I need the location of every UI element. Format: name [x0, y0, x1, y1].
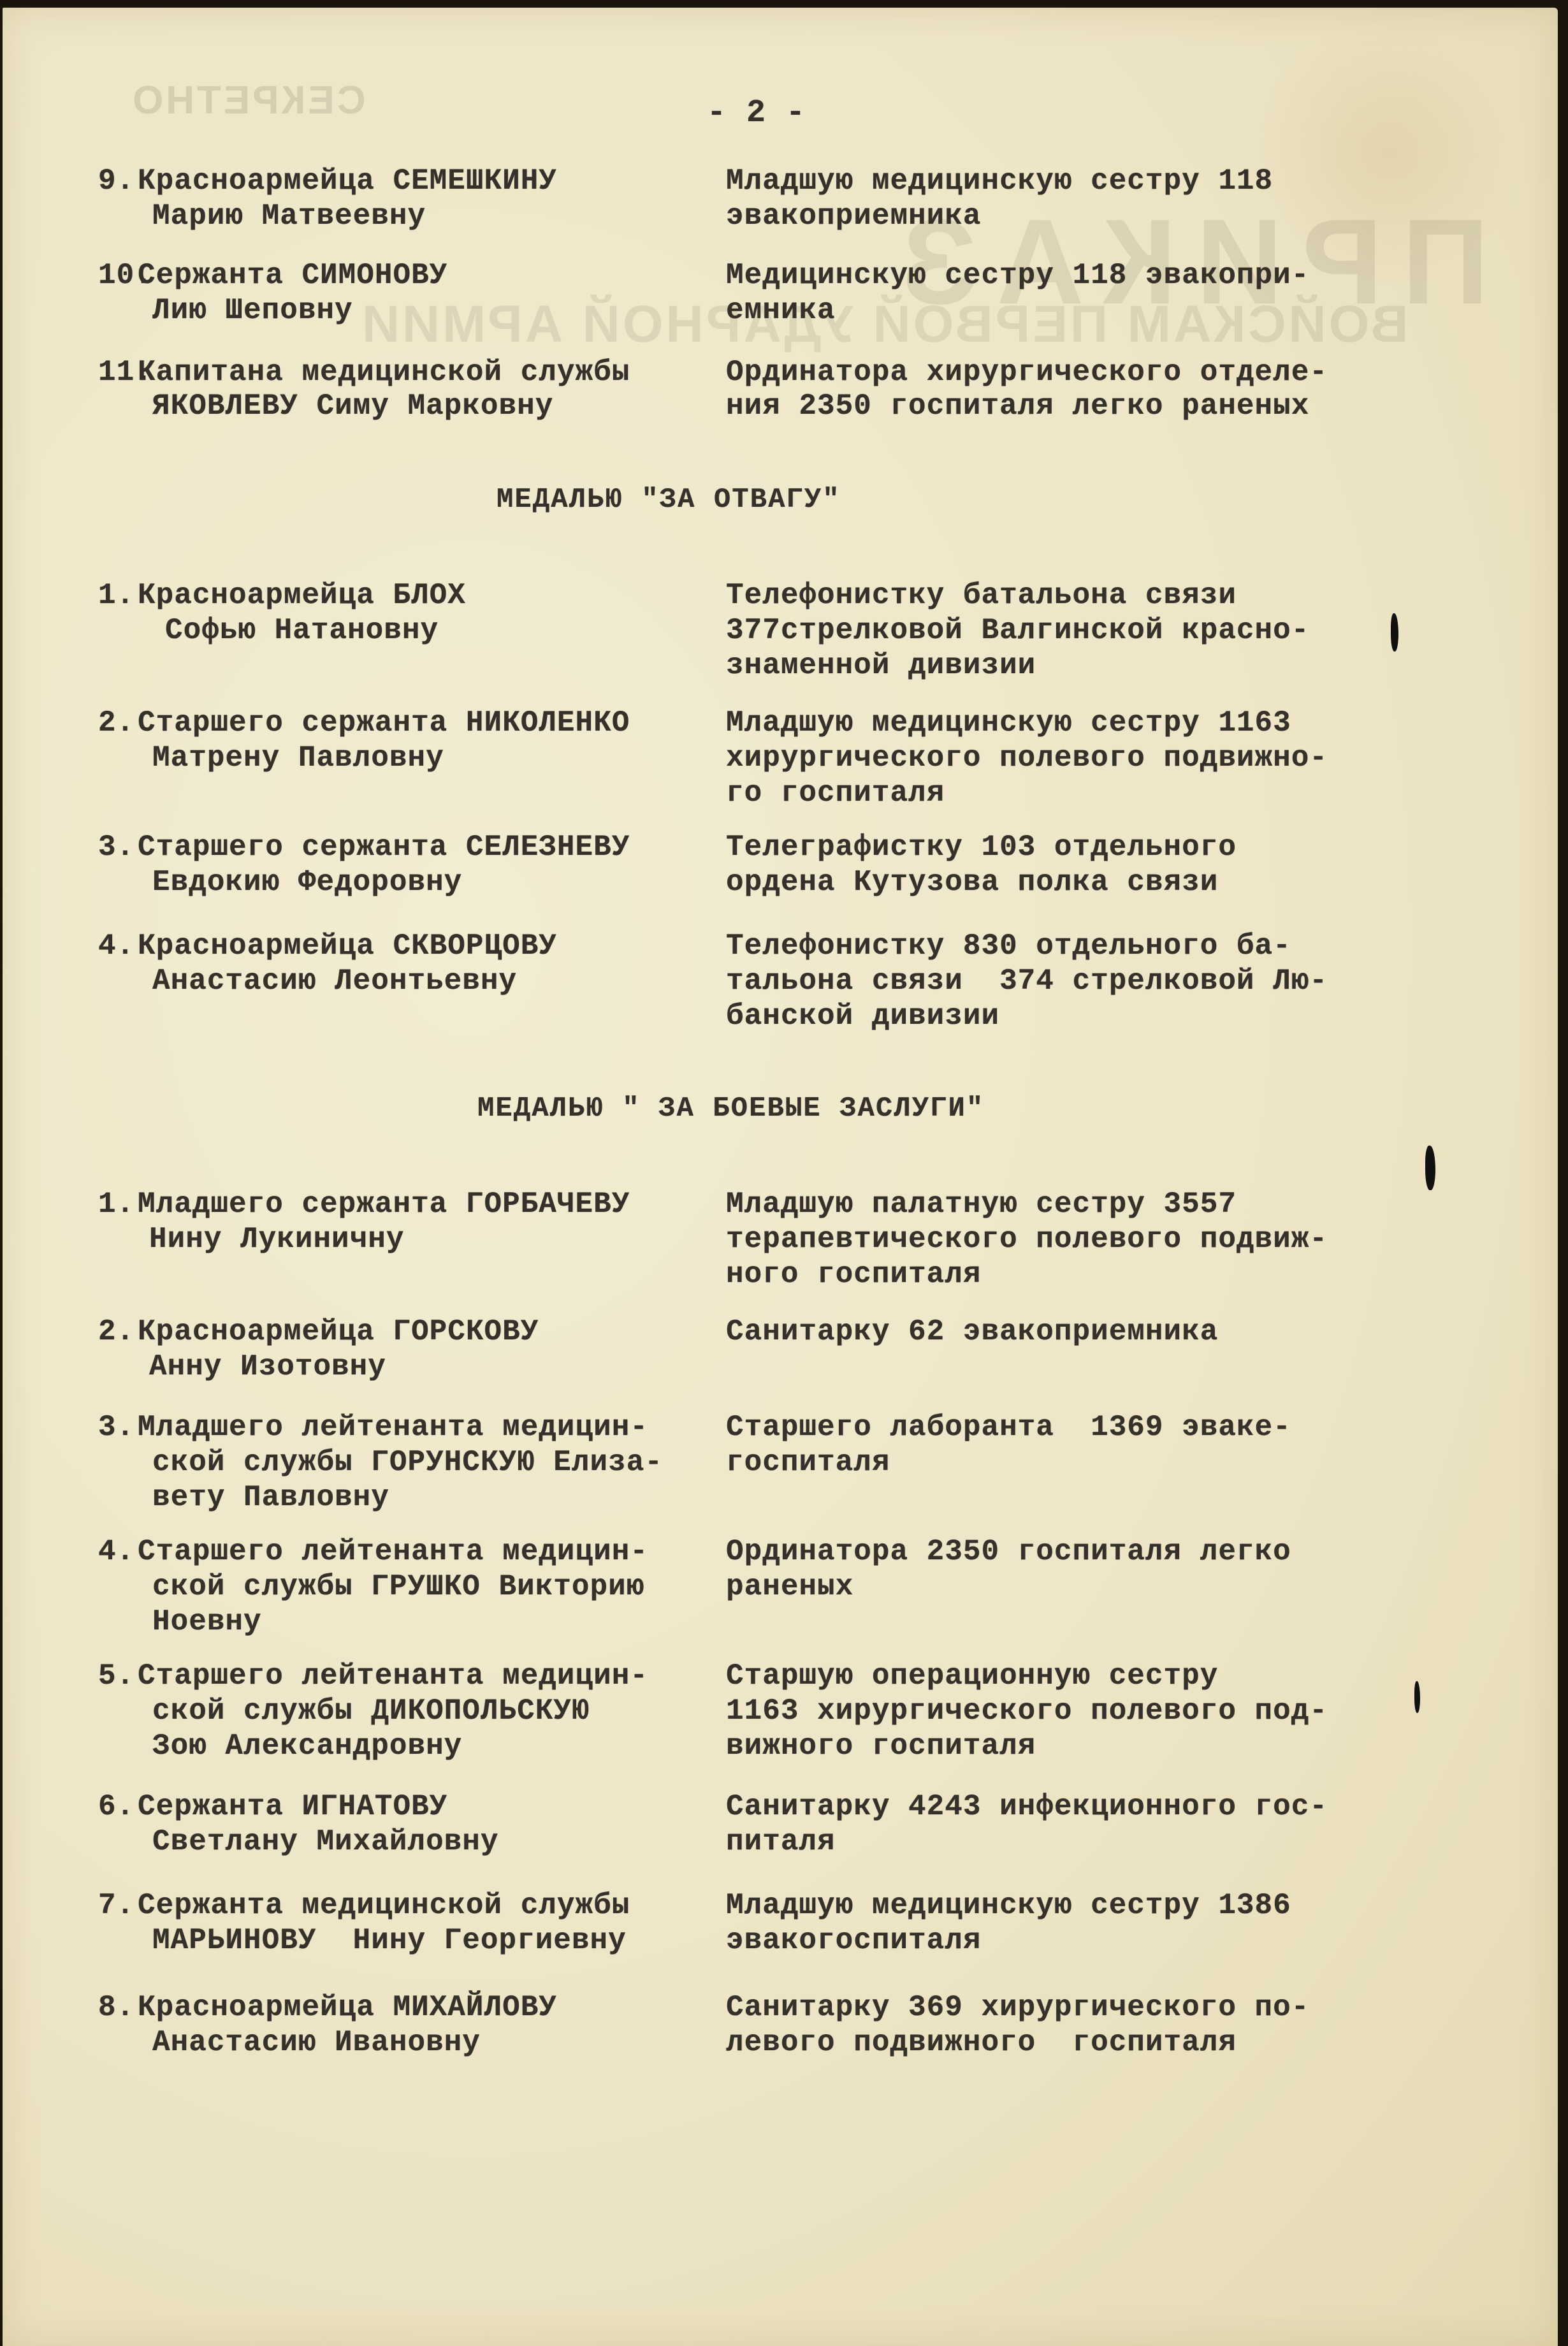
entry-name-line: Красноармейца СКВОРЦОВУ	[138, 929, 557, 964]
entry-name-line: МАРЬИНОВУ Нину Георгиевну	[152, 1923, 627, 1958]
entry-number: 4.	[98, 1534, 133, 1570]
entry-name-line: Старшего сержанта СЕЛЕЗНЕВУ	[138, 830, 630, 865]
entry-position-line: питаля	[726, 1825, 836, 1860]
entry-number: 10.	[98, 258, 138, 293]
entry-position-line: Старшую операционную сестру	[726, 1659, 1218, 1694]
entry-position-line: Телефонистку 830 отдельного ба-	[726, 929, 1291, 964]
entry-position-line: эвакогоспиталя	[726, 1923, 981, 1958]
entry-position-line: 1163 хирургического полевого под-	[726, 1694, 1328, 1729]
show-through-subtitle: ВОЙСКАМ ПЕРВОЙ УДАРНОЙ АРМИИ	[359, 295, 1408, 354]
entry-position-line: Младшую палатную сестру 3557	[726, 1187, 1237, 1222]
entry-name-line: Ноевну	[152, 1605, 262, 1640]
entry-name-line: Марию Матвеевну	[152, 199, 426, 234]
entry-name-line: Софью Натановну	[165, 613, 439, 648]
entry-position-line: тальона связи 374 стрелковой Лю-	[726, 964, 1328, 999]
entry-position-line: хирургического полевого подвижно-	[726, 741, 1328, 776]
entry-name-line: Нину Лукиничну	[149, 1222, 404, 1257]
entry-position-line: Ординатора 2350 госпиталя легко	[726, 1534, 1291, 1570]
entry-name-line: ской службы ГОРУНСКУЮ Елиза-	[152, 1445, 663, 1480]
entry-name-line: Старшего лейтенанта медицин-	[138, 1534, 648, 1570]
entry-number: 3.	[98, 830, 133, 865]
ink-blot	[1425, 1146, 1435, 1190]
entry-name-line: Младшего сержанта ГОРБАЧЕВУ	[138, 1187, 630, 1222]
ink-blot	[1414, 1681, 1420, 1713]
entry-position-line: эвакоприемника	[726, 199, 981, 234]
entry-number: 5.	[98, 1659, 133, 1694]
entry-name-line: Красноармейца ГОРСКОВУ	[138, 1315, 539, 1350]
entry-position-line: го госпиталя	[726, 776, 945, 811]
entry-number: 2.	[98, 1315, 133, 1350]
entry-name-line: Зою Александровну	[152, 1729, 462, 1764]
entry-name-line: Евдокию Федоровну	[152, 865, 462, 900]
entry-position-line: Младшую медицинскую сестру 118	[726, 164, 1273, 199]
entry-name-line: ской службы ГРУШКО Викторию	[152, 1570, 644, 1605]
entry-number: 9.	[98, 164, 133, 199]
entry-position-line: Санитарку 4243 инфекционного гос-	[726, 1789, 1328, 1825]
entry-position-line: емника	[726, 293, 836, 328]
show-through-stamp: СЕКРЕТНО	[130, 78, 366, 123]
entry-name-line: Старшего лейтенанта медицин-	[138, 1659, 648, 1694]
entry-name-line: Анастасию Леонтьевну	[152, 964, 517, 999]
entry-name-line: Красноармейца СЕМЕШКИНУ	[138, 164, 557, 199]
entry-number: 1.	[98, 1187, 133, 1222]
entry-number: 1.	[98, 578, 133, 613]
entry-number: 6.	[98, 1789, 133, 1825]
entry-name-line: Старшего сержанта НИКОЛЕНКО	[138, 706, 630, 741]
entry-position-line: ния 2350 госпиталя легко раненых	[726, 389, 1309, 424]
entry-number: 8.	[98, 1990, 133, 2025]
entry-number: 2.	[98, 706, 133, 741]
entry-name-line: Анастасию Ивановну	[152, 2025, 481, 2060]
entry-position-line: Санитарку 369 хирургического по-	[726, 1990, 1309, 2025]
entry-number: 3.	[98, 1410, 133, 1445]
entry-position-line: 377стрелковой Валгинской красно-	[726, 613, 1309, 648]
entry-position-line: знаменной дивизии	[726, 648, 1036, 683]
entry-name-line: вету Павловну	[152, 1480, 389, 1515]
entry-position-line: раненых	[726, 1570, 853, 1605]
page-number: - 2 -	[707, 96, 806, 131]
document-page: СЕКРЕТНО ПРИКАЗ ВОЙСКАМ ПЕРВОЙ УДАРНОЙ А…	[3, 8, 1558, 2346]
entry-name-line: Капитана медицинской службы	[138, 355, 630, 390]
entry-position-line: вижного госпиталя	[726, 1729, 1036, 1764]
entry-position-line: терапевтического полевого подвиж-	[726, 1222, 1328, 1257]
entry-position-line: Медицинскую сестру 118 эвакопри-	[726, 258, 1309, 293]
entry-number: 4.	[98, 929, 133, 964]
entry-position-line: банской дивизии	[726, 999, 999, 1034]
entry-name-line: ской службы ДИКОПОЛЬСКУЮ	[152, 1694, 590, 1729]
entry-name-line: Анну Изотовну	[149, 1350, 386, 1385]
section-heading-za-otvagu: МЕДАЛЬЮ "ЗА ОТВАГУ"	[497, 483, 841, 518]
entry-position-line: Старшего лаборанта 1369 эваке-	[726, 1410, 1291, 1445]
entry-position-line: Младшую медицинскую сестру 1386	[726, 1888, 1291, 1923]
entry-name-line: Светлану Михайловну	[152, 1825, 499, 1860]
entry-position-line: госпиталя	[726, 1445, 890, 1480]
entry-position-line: Ординатора хирургического отделе-	[726, 355, 1328, 390]
entry-name-line: Младшего лейтенанта медицин-	[138, 1410, 648, 1445]
entry-number: 11.	[98, 355, 138, 390]
entry-name-line: Сержанта медицинской службы	[138, 1888, 630, 1923]
entry-position-line: Телефонистку батальона связи	[726, 578, 1237, 613]
ink-blot	[1391, 613, 1398, 652]
entry-name-line: Сержанта ИГНАТОВУ	[138, 1789, 447, 1825]
entry-name-line: Лию Шеповну	[152, 293, 353, 328]
section-heading-za-boevye-zaslugi: МЕДАЛЬЮ " ЗА БОЕВЫЕ ЗАСЛУГИ"	[477, 1091, 984, 1126]
entry-name-line: Красноармейца МИХАЙЛОВУ	[138, 1990, 557, 2025]
paper-stain	[1252, 20, 1520, 288]
entry-name-line: ЯКОВЛЕВУ Симу Марковну	[152, 389, 553, 424]
entry-position-line: Телеграфистку 103 отдельного	[726, 830, 1237, 865]
entry-name-line: Красноармейца БЛОХ	[138, 578, 466, 613]
entry-position-line: Младшую медицинскую сестру 1163	[726, 706, 1291, 741]
entry-position-line: левого подвижного госпиталя	[726, 2025, 1237, 2060]
entry-name-line: Матрену Павловну	[152, 741, 444, 776]
entry-name-line: Сержанта СИМОНОВУ	[138, 258, 447, 293]
entry-position-line: Санитарку 62 эвакоприемника	[726, 1315, 1218, 1350]
entry-position-line: ного госпиталя	[726, 1257, 981, 1292]
entry-position-line: ордена Кутузова полка связи	[726, 865, 1218, 900]
entry-number: 7.	[98, 1888, 133, 1923]
